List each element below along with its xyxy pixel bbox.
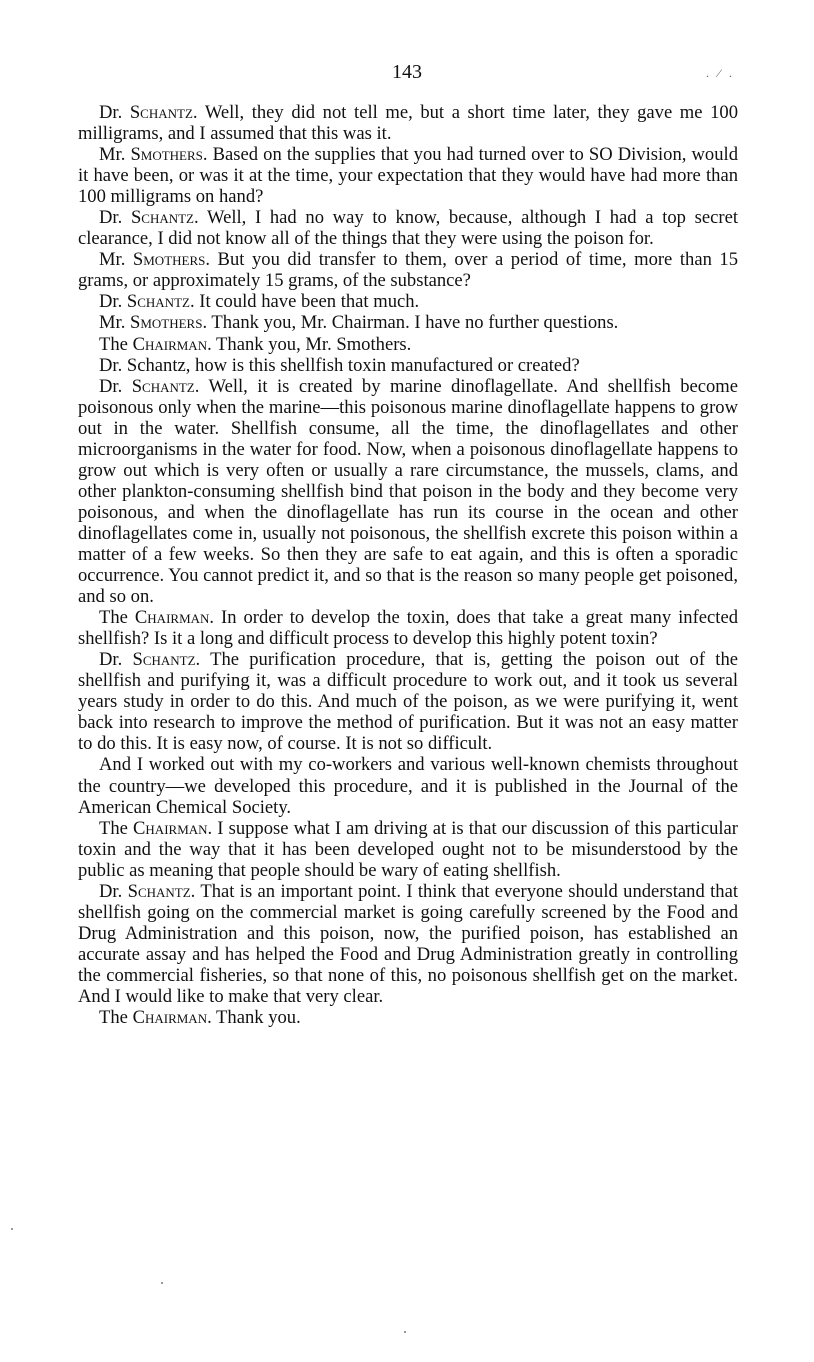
scan-mark: . ⁄ . <box>706 66 735 81</box>
speaker-name: Smothers. <box>133 249 210 270</box>
transcript-body: Dr. Schantz. Well, they did not tell me,… <box>78 102 738 1028</box>
page-number: 143 <box>0 60 814 84</box>
speaker-name: Schantz. <box>132 649 200 670</box>
paragraph-text: And I worked out with my co-workers and … <box>78 754 738 817</box>
paragraph: Mr. Smothers. Based on the supplies that… <box>78 144 738 207</box>
speaker-title: The <box>99 334 133 355</box>
paragraph: Mr. Smothers. But you did transfer to th… <box>78 249 738 291</box>
paragraph-text: Dr. Schantz, how is this shellfish toxin… <box>99 355 580 376</box>
speaker-name: Chairman. <box>135 607 214 628</box>
speaker-title: The <box>99 818 133 839</box>
paragraph: The Chairman. Thank you. <box>78 1007 738 1028</box>
speaker-title: Mr. <box>99 249 133 270</box>
speaker-name: Smothers. <box>130 312 207 333</box>
paragraph: Dr. Schantz. Well, it is created by mari… <box>78 376 738 608</box>
paragraph: Dr. Schantz. It could have been that muc… <box>78 291 738 312</box>
paragraph: Dr. Schantz, how is this shellfish toxin… <box>78 355 738 376</box>
speaker-title: The <box>99 607 135 628</box>
speaker-name: Smothers. <box>130 144 207 165</box>
speaker-title: Dr. <box>99 102 130 123</box>
scan-speck <box>404 1331 406 1333</box>
paragraph: Dr. Schantz. The purification procedure,… <box>78 649 738 754</box>
speaker-title: Dr. <box>99 376 132 397</box>
speaker-name: Schantz. <box>132 376 200 397</box>
paragraph: Dr. Schantz. Well, I had no way to know,… <box>78 207 738 249</box>
speaker-name: Chairman. <box>133 1007 212 1028</box>
paragraph-text: It could have been that much. <box>195 291 420 312</box>
paragraph-text: Well, it is created by marine dinoflagel… <box>78 376 738 607</box>
speaker-title: Dr. <box>99 207 131 228</box>
paragraph: The Chairman. Thank you, Mr. Smothers. <box>78 334 738 355</box>
paragraph-text: Thank you, Mr. Smothers. <box>212 334 412 355</box>
speaker-title: Mr. <box>99 144 130 165</box>
speaker-name: Schantz. <box>130 102 198 123</box>
speaker-name: Schantz. <box>131 207 199 228</box>
speaker-title: The <box>99 1007 133 1028</box>
speaker-title: Mr. <box>99 312 130 333</box>
speaker-name: Chairman. <box>133 334 212 355</box>
scan-speck <box>161 1282 163 1284</box>
paragraph: The Chairman. I suppose what I am drivin… <box>78 818 738 881</box>
paragraph: Mr. Smothers. Thank you, Mr. Chairman. I… <box>78 312 738 333</box>
speaker-name: Schantz. <box>128 881 196 902</box>
speaker-title: Dr. <box>99 291 127 312</box>
speaker-title: Dr. <box>99 649 132 670</box>
speaker-name: Schantz. <box>127 291 195 312</box>
paragraph: The Chairman. In order to develop the to… <box>78 607 738 649</box>
speaker-name: Chairman. <box>133 818 212 839</box>
paragraph-text: Thank you. <box>212 1007 301 1028</box>
paragraph: And I worked out with my co-workers and … <box>78 754 738 817</box>
paragraph: Dr. Schantz. Well, they did not tell me,… <box>78 102 738 144</box>
paragraph-text: Thank you, Mr. Chairman. I have no furth… <box>207 312 618 333</box>
speaker-title: Dr. <box>99 881 128 902</box>
paragraph: Dr. Schantz. That is an important point.… <box>78 881 738 1007</box>
scan-speck <box>11 1228 13 1230</box>
